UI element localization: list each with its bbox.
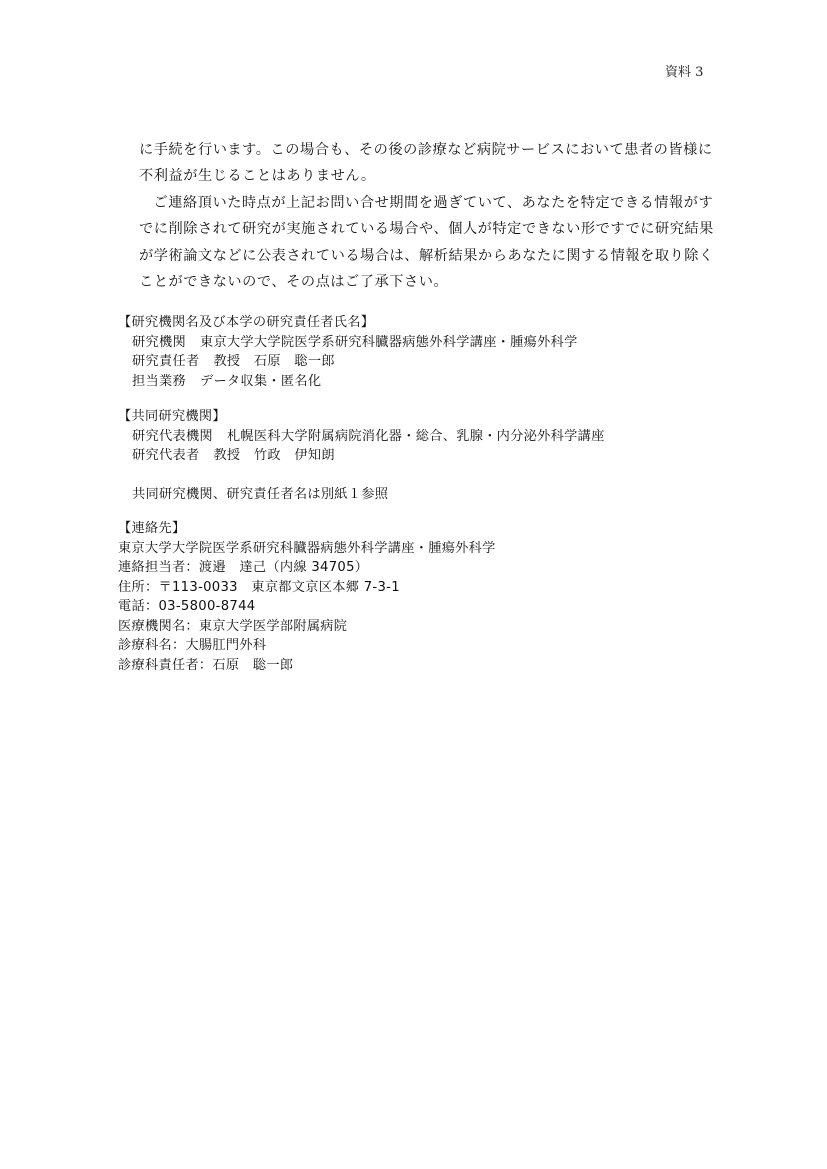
paragraph-2: ご連絡頂いた時点が上記お問い合せ期間を過ぎていて、あなたを特定できる情報がす で… bbox=[139, 190, 719, 296]
row-label: 研究代表機関 bbox=[132, 429, 213, 444]
row-label: 研究責任者 bbox=[132, 354, 199, 369]
contact-line: 医療機関名：東京大学医学部附属病院 bbox=[118, 617, 496, 637]
joint-research-section: 【共同研究機関】 研究代表機関札幌医科大学附属病院消化器・総合、乳腺・内分泌外科… bbox=[118, 407, 605, 504]
info-row: 研究責任者教授 石原 聡一郎 bbox=[118, 352, 578, 372]
info-row: 研究代表機関札幌医科大学附属病院消化器・総合、乳腺・内分泌外科学講座 bbox=[118, 427, 605, 447]
contact-line: 診療科責任者：石原 聡一郎 bbox=[118, 656, 496, 676]
text-line: ことができないので、その点はご了承下さい。 bbox=[139, 274, 448, 290]
contact-line: 連絡担当者：渡邉 達己（内線 34705） bbox=[118, 558, 496, 578]
body-text: に手続を行います。この場合も、その後の診療など病院サービスにおいて患者の皆様に … bbox=[139, 137, 719, 295]
row-label: 担当業務 bbox=[132, 374, 186, 389]
section-heading: 【研究機関名及び本学の研究責任者氏名】 bbox=[118, 313, 578, 333]
info-row: 担当業務データ収集・匿名化 bbox=[118, 372, 578, 392]
row-value: 教授 竹政 伊知朗 bbox=[213, 448, 334, 463]
contact-line: 東京大学大学院医学系研究科臓器病態外科学講座・腫瘍外科学 bbox=[118, 539, 496, 559]
info-row: 研究代表者教授 竹政 伊知朗 bbox=[118, 446, 605, 466]
joint-research-note: 共同研究機関、研究責任者名は別紙１参照 bbox=[118, 485, 605, 505]
row-label: 研究代表者 bbox=[132, 448, 199, 463]
contact-line: 診療科名：大腸肛門外科 bbox=[118, 636, 496, 656]
page-label: 資料 3 bbox=[665, 61, 703, 80]
row-value: データ収集・匿名化 bbox=[200, 374, 321, 389]
row-value: 教授 石原 聡一郎 bbox=[213, 354, 334, 369]
text-line: でに削除されて研究が実施されている場合や、個人が特定できない形ですでに研究結果 bbox=[139, 221, 714, 237]
contact-line: 電話：03-5800-8744 bbox=[118, 597, 496, 617]
section-heading: 【連絡先】 bbox=[118, 519, 496, 539]
text-line: に手続を行います。この場合も、その後の診療など病院サービスにおいて患者の皆様に bbox=[139, 142, 713, 158]
section-heading: 【共同研究機関】 bbox=[118, 407, 605, 427]
row-value: 札幌医科大学附属病院消化器・総合、乳腺・内分泌外科学講座 bbox=[227, 429, 605, 444]
row-label: 研究機関 bbox=[132, 335, 186, 350]
row-value: 東京大学大学院医学系研究科臓器病態外科学講座・腫瘍外科学 bbox=[200, 335, 578, 350]
text-line: 不利益が生じることはありません。 bbox=[139, 168, 376, 184]
contact-section: 【連絡先】 東京大学大学院医学系研究科臓器病態外科学講座・腫瘍外科学 連絡担当者… bbox=[118, 519, 496, 675]
info-row: 研究機関東京大学大学院医学系研究科臓器病態外科学講座・腫瘍外科学 bbox=[118, 333, 578, 353]
research-institution-section: 【研究機関名及び本学の研究責任者氏名】 研究機関東京大学大学院医学系研究科臓器病… bbox=[118, 313, 578, 391]
text-line: が学術論文などに公表されている場合は、解析結果からあなたに関する情報を取り除く bbox=[139, 248, 714, 264]
contact-line: 住所：〒113-0033 東京都文京区本郷 7-3-1 bbox=[118, 578, 496, 598]
paragraph-1: に手続を行います。この場合も、その後の診療など病院サービスにおいて患者の皆様に … bbox=[139, 137, 719, 190]
text-line: ご連絡頂いた時点が上記お問い合せ期間を過ぎていて、あなたを特定できる情報がす bbox=[154, 195, 714, 211]
